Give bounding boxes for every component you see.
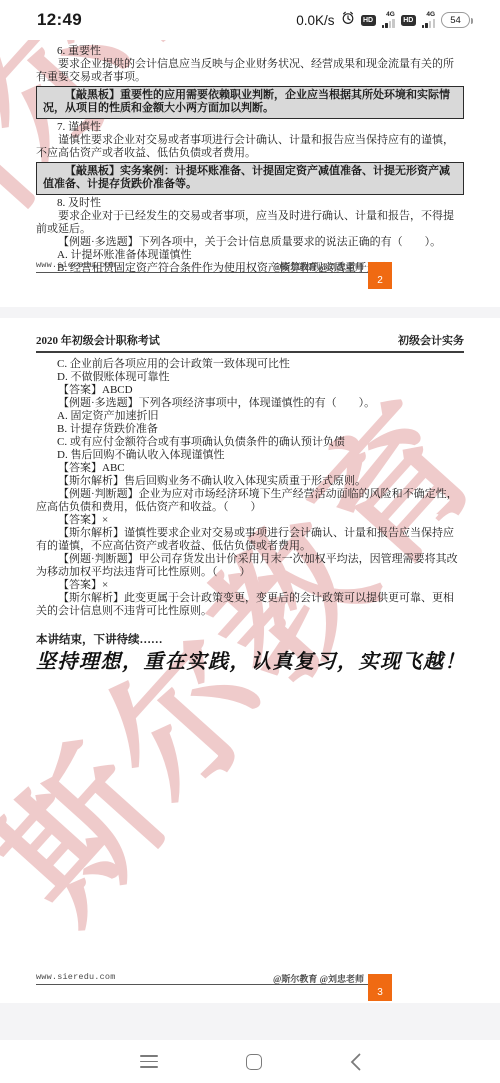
answer-option: D. 售后回购不确认收入体现谨慎性	[36, 449, 464, 462]
page-header: 2020 年初级会计职称考试 初级会计实务	[36, 332, 464, 353]
answer-option: C. 或有应付金额符合或有事项确认负债条件的确认预计负债	[36, 436, 464, 449]
highlight-box: 【敲黑板】重要性的应用需要依赖职业判断，企业应当根据其所处环境和实际情况，从项目…	[36, 86, 464, 119]
page1-content: 6. 重要性 要求企业提供的会计信息应当反映与企业财务状况、经营成果和现金流量有…	[36, 45, 464, 275]
analysis-line: 【斯尔解析】此变更属于会计政策变更，变更后的会计政策可以提供更可靠、更相关的会计…	[36, 592, 464, 618]
doc-paragraph: 谨慎性要求企业对交易或者事项进行会计确认、计量和报告应当保持应有的谨慎，不应高估…	[36, 134, 464, 160]
answer-line: 【答案】×	[36, 514, 464, 527]
alarm-clock-icon	[341, 11, 355, 30]
header-subject-title: 初级会计实务	[398, 332, 464, 348]
header-exam-title: 2020 年初级会计职称考试	[36, 332, 160, 348]
status-bar: 12:49 0.0K/s HD 4G HD 4G 54	[0, 0, 500, 40]
section-heading: 6. 重要性	[36, 45, 464, 58]
footer-divider	[36, 984, 391, 985]
page-footer: www.sieredu.com @斯尔教育 @刘忠老师 3	[36, 964, 464, 1003]
hd-voice-icon: HD	[361, 15, 376, 26]
menu-icon[interactable]	[140, 1055, 158, 1068]
question-stem: 【例题·多选题】下列各项中，关于会计信息质量要求的说法正确的有（ ）。	[36, 236, 464, 249]
footer-url: www.sieredu.com	[36, 972, 116, 982]
question-stem: 【例题·判断题】甲公司存货发出计价采用月末一次加权平均法，因管理需要将其改为移动…	[36, 553, 464, 579]
highlight-box: 【敲黑板】实务案例：计提坏账准备、计提固定资产减值准备、计提无形资产减值准备、计…	[36, 162, 464, 195]
page-number-badge: 3	[368, 974, 392, 1001]
home-icon[interactable]	[246, 1054, 262, 1070]
network-speed: 0.0K/s	[296, 13, 334, 28]
back-icon[interactable]	[350, 1053, 361, 1071]
hd-voice-icon: HD	[401, 15, 416, 26]
answer-line: 【答案】×	[36, 579, 464, 592]
signal-bars	[422, 19, 435, 28]
analysis-line: 【斯尔解析】谨慎性要求企业对交易或事项进行会计确认、计量和报告应当保持应有的谨慎…	[36, 527, 464, 553]
section-heading: 7. 谨慎性	[36, 121, 464, 134]
answer-line: 【答案】ABCD	[36, 384, 464, 397]
answer-option: B. 计提存货跌价准备	[36, 423, 464, 436]
page-separator	[0, 307, 500, 318]
question-stem: 【例题·判断题】企业为应对市场经济环境下生产经营活动面临的风险和不确定性，应高估…	[36, 488, 464, 514]
lecture-closing-line: 本讲结束，下讲待续……	[36, 634, 464, 647]
page-separator	[0, 1003, 500, 1040]
answer-option: D. 不做假账体现可靠性	[36, 371, 464, 384]
answer-option: C. 企业前后各项应用的会计政策一致体现可比性	[36, 358, 464, 371]
page-footer: www.sieredu.com @斯尔教育 @刘忠老师 2	[36, 252, 464, 292]
document-page-1[interactable]: 斯尔教育 6. 重要性 要求企业提供的会计信息应当反映与企业财务状况、经营成果和…	[0, 40, 500, 307]
clock-time: 12:49	[37, 10, 82, 30]
signal-bars	[382, 19, 395, 28]
answer-option: A. 固定资产加速折旧	[36, 410, 464, 423]
question-stem: 【例题·多选题】下列各项经济事项中，体现谨慎性的有（ ）。	[36, 397, 464, 410]
doc-paragraph: 要求企业对于已经发生的交易或者事项，应当及时进行确认、计量和报告，不得提前或延后…	[36, 210, 464, 236]
section-heading: 8. 及时性	[36, 197, 464, 210]
signal-4g-icon: 4G	[422, 12, 435, 28]
battery-icon: 54	[441, 12, 470, 28]
document-page-2[interactable]: 斯尔教育 2020 年初级会计职称考试 初级会计实务 C. 企业前后各项应用的会…	[0, 318, 500, 1003]
doc-paragraph: 要求企业提供的会计信息应当反映与企业财务状况、经营成果和现金流量有关的所有重要交…	[36, 58, 464, 84]
footer-divider	[36, 272, 391, 273]
answer-line: 【答案】ABC	[36, 462, 464, 475]
footer-url: www.sieredu.com	[36, 260, 116, 270]
signal-4g-icon: 4G	[382, 12, 395, 28]
page-number-badge: 2	[368, 262, 392, 289]
calligraphy-motto: 坚持理想，重在实践，认真复习，实现飞越！	[36, 656, 464, 669]
status-icons: 0.0K/s HD 4G HD 4G 54	[296, 11, 470, 30]
android-nav-bar	[0, 1040, 500, 1083]
page2-content: C. 企业前后各项应用的会计政策一致体现可比性 D. 不做假账体现可靠性 【答案…	[36, 358, 464, 669]
phone-screen: 12:49 0.0K/s HD 4G HD 4G 54 斯尔教育 6. 重要性 …	[0, 0, 500, 1083]
analysis-line: 【斯尔解析】售后回购业务不确认收入体现实质重于形式原则。	[36, 475, 464, 488]
